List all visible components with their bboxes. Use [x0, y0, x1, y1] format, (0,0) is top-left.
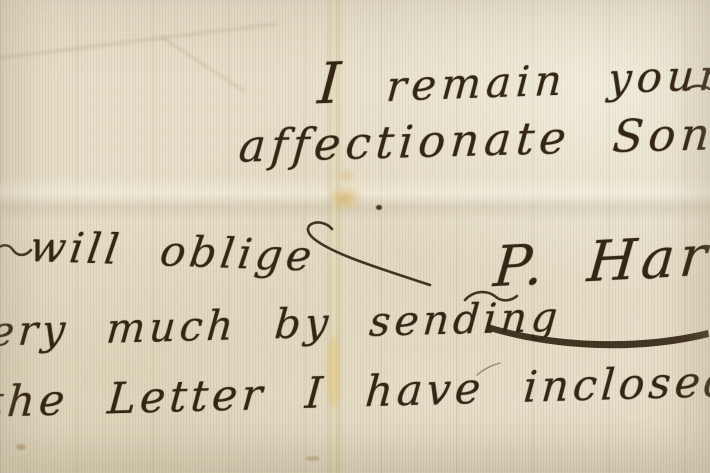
cutoff-word-stroke — [0, 245, 31, 255]
paper-stain-small — [336, 168, 356, 184]
paper-speck-bottom-left — [16, 444, 26, 450]
letter-line-oblige: will oblige — [27, 226, 318, 278]
letter-line-closing: I remain your — [316, 42, 710, 113]
letter-line-affectionate: affectionate Son — [237, 111, 710, 169]
letter-line-inclosed: the Letter I have inclosed to y — [0, 357, 710, 425]
letter-line-sending: ery much by sending — [0, 297, 563, 353]
ink-speck — [376, 205, 382, 210]
letter-photo: I remain your affectionate Son will obli… — [0, 0, 710, 473]
paper-stain — [326, 184, 364, 212]
diagonal-crease-upper — [159, 35, 245, 92]
paper-speck-bottom-mid — [306, 456, 320, 461]
signature: P. Harr — [492, 227, 710, 296]
diagonal-crease-top-left — [0, 22, 277, 60]
